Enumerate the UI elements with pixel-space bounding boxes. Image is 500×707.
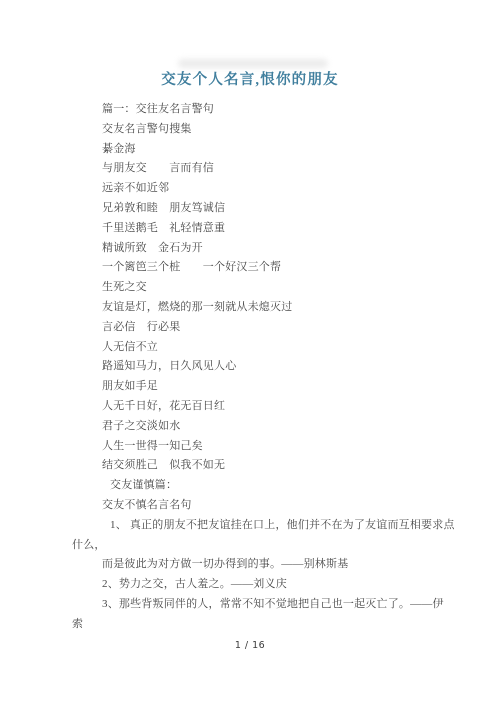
text-line: 人生一世得一知己矣 bbox=[72, 437, 436, 457]
scan-smudge bbox=[178, 59, 328, 68]
text-line: 朋友如手足 bbox=[72, 377, 436, 397]
page-number: 1 / 16 bbox=[0, 640, 500, 651]
text-line: 人无千日好，花无百日红 bbox=[72, 397, 436, 417]
text-line: 交友谨慎篇： bbox=[72, 476, 436, 496]
text-line: 言必信 行必果 bbox=[72, 318, 436, 338]
text-line: 路遥知马力，日久风见人心 bbox=[72, 357, 436, 377]
text-line: 交友不慎名言名句 bbox=[72, 496, 436, 516]
text-line: 君子之交淡如水 bbox=[72, 417, 436, 437]
text-line: 2、势力之交，古人羞之。——刘义庆 bbox=[72, 575, 436, 595]
text-line: 交友名言警句搜集 bbox=[72, 120, 436, 140]
text-line: 生死之交 bbox=[72, 278, 436, 298]
text-line: 与朋友交 言而有信 bbox=[72, 159, 436, 179]
text-line: 精诚所致 金石为开 bbox=[72, 239, 436, 259]
text-line: 篇一：交往友名言警句 bbox=[72, 100, 436, 120]
text-line: 而是彼此为对方做一切办得到的事。——别林斯基 bbox=[72, 555, 436, 575]
text-line: 兄弟敦和睦 朋友笃诚信 bbox=[72, 199, 436, 219]
text-line: 远亲不如近邻 bbox=[72, 179, 436, 199]
text-line: 人无信不立 bbox=[72, 338, 436, 358]
text-line: 索 bbox=[72, 615, 436, 635]
text-line: 千里送鹅毛 礼轻情意重 bbox=[72, 219, 436, 239]
document-page: 交友个人名言,恨你的朋友 篇一：交往友名言警句交友名言警句搜集綦金海与朋友交 言… bbox=[0, 0, 500, 707]
document-body: 篇一：交往友名言警句交友名言警句搜集綦金海与朋友交 言而有信远亲不如近邻兄弟敦和… bbox=[72, 100, 436, 635]
document-title: 交友个人名言,恨你的朋友 bbox=[0, 69, 500, 91]
text-line: 什么， bbox=[72, 536, 436, 556]
text-line: 结交须胜己 似我不如无 bbox=[72, 456, 436, 476]
text-line: 綦金海 bbox=[72, 140, 436, 160]
text-line: 一个篱笆三个桩 一个好汉三个帮 bbox=[72, 258, 436, 278]
text-line: 友谊是灯，燃烧的那一刻就从未熄灭过 bbox=[72, 298, 436, 318]
text-line: 1、 真正的朋友不把友谊挂在口上，他们并不在为了友谊而互相要求点 bbox=[72, 516, 436, 536]
text-line: 3、那些背叛同伴的人，常常不知不觉地把自己也一起灭亡了。——伊 bbox=[72, 595, 436, 615]
